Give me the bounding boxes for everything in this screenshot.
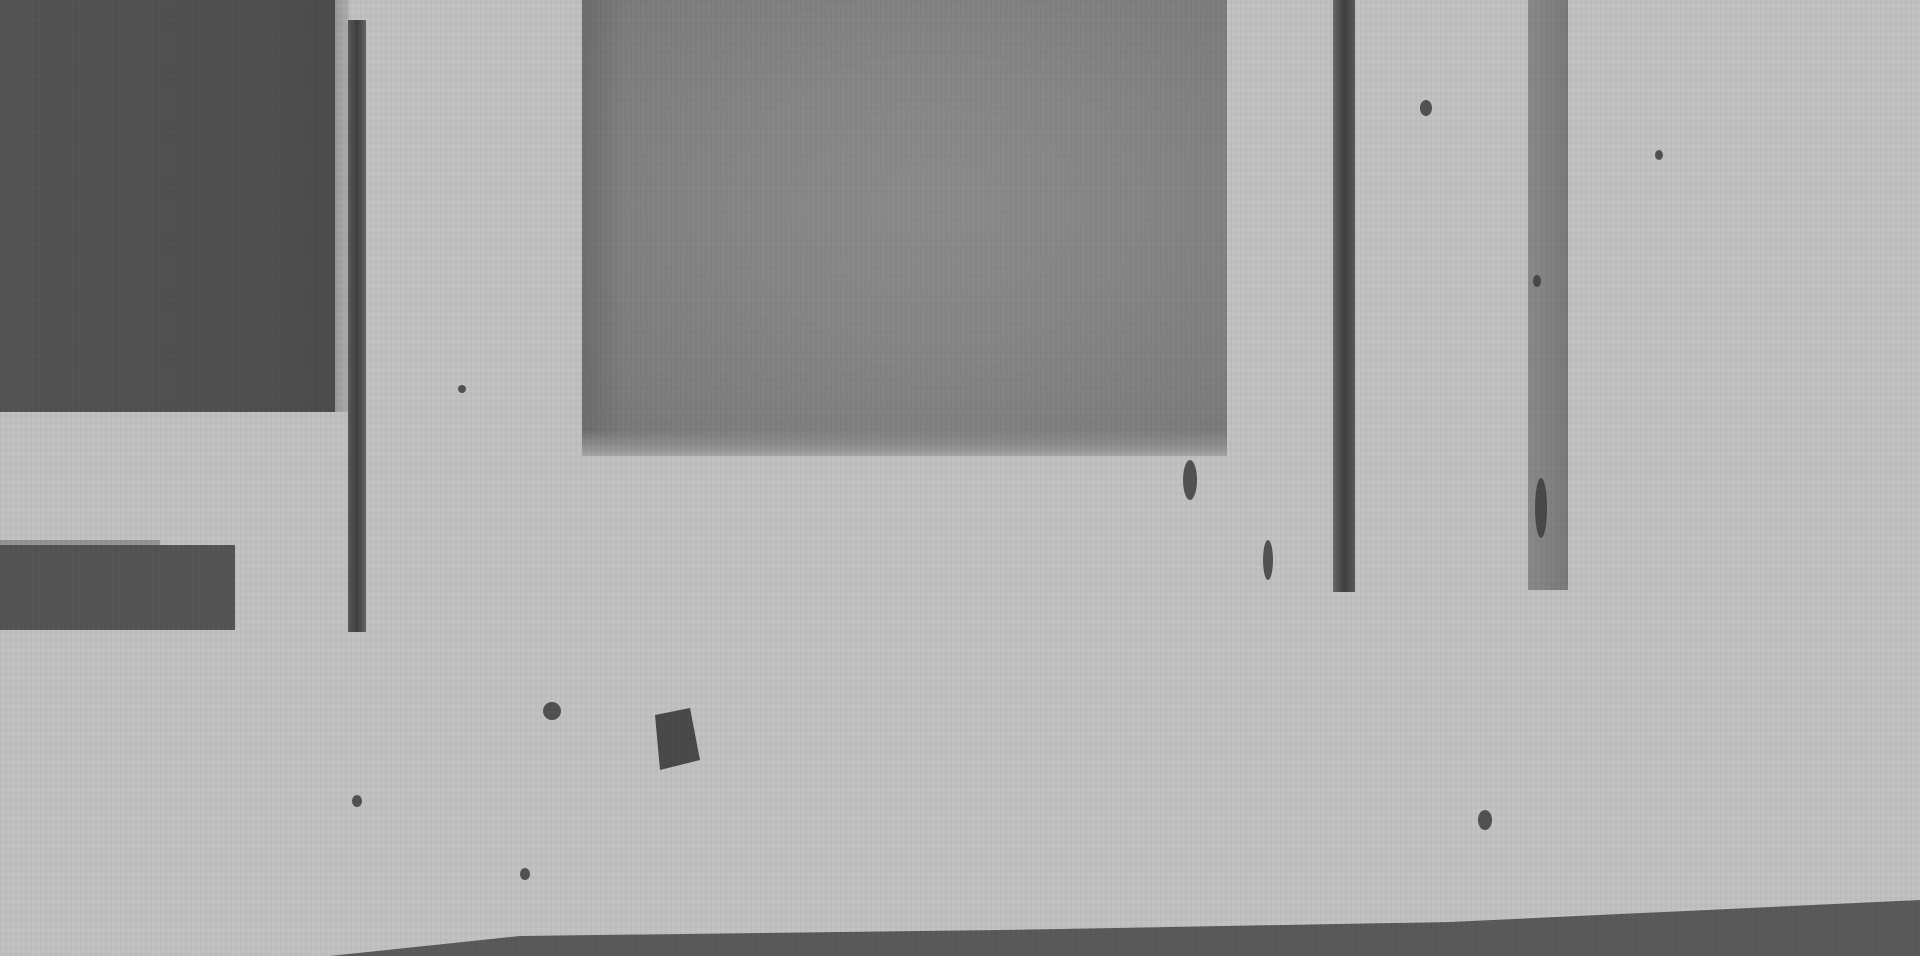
wear-mark (1420, 100, 1432, 116)
window-frame-photo (0, 0, 1920, 956)
wear-mark (520, 868, 530, 880)
wear-mark (543, 702, 561, 720)
wear-mark (1533, 275, 1541, 287)
wear-mark (1535, 478, 1547, 538)
wear-mark (1655, 150, 1663, 160)
wear-mark (458, 385, 466, 393)
wear-mark (352, 795, 362, 807)
wear-mark (1183, 460, 1197, 500)
wear-mark (1478, 810, 1492, 830)
bottom-dark-base (0, 0, 1920, 956)
wear-mark (1263, 540, 1273, 580)
